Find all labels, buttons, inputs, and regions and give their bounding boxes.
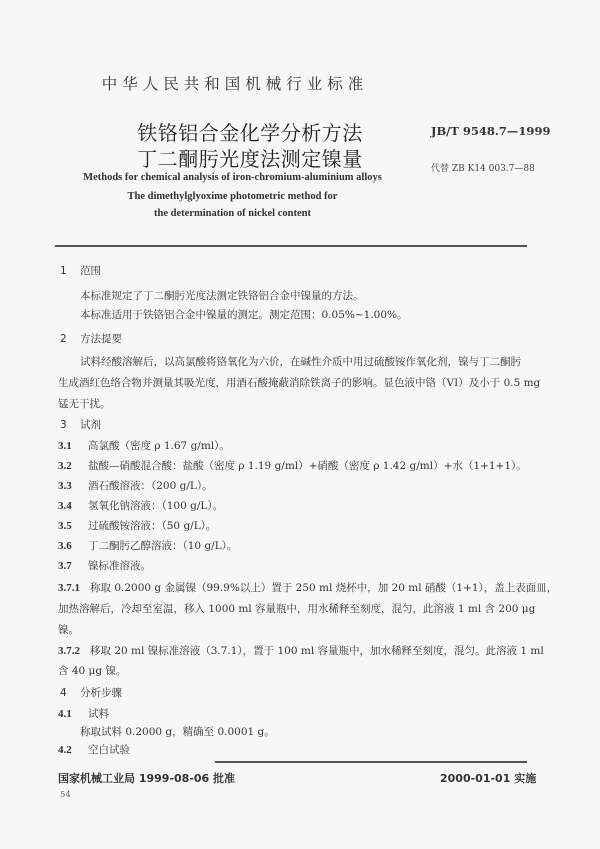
subsection-4-2-heading: 4.2空白试验 (58, 742, 130, 757)
section-1-heading: 1范围 (60, 263, 101, 278)
subsection-4-1-text: 称取试料 0.2000 g，精确至 0.0001 g。 (80, 724, 275, 739)
subsection-3-7-2-line1: 3.7.2移取 20 ml 镍标准溶液（3.7.1），置于 100 ml 容量瓶… (58, 643, 544, 658)
reagent-item: 3.6丁二酮肟乙醇溶液：（10 g/L）。 (58, 538, 237, 553)
title-cn-line2: 丁二酮肟光度法测定镍量 (120, 143, 380, 172)
standard-number: JB/T 9548.7—1999 (431, 124, 550, 138)
title-cn-line1: 铁铬铝合金化学分析方法 (120, 117, 380, 146)
title-en-line1: Methods for chemical analysis of iron-ch… (60, 172, 405, 183)
reagent-item: 3.7镍标准溶液。 (58, 558, 151, 573)
reagent-item: 3.3酒石酸溶液：（200 g/L）。 (58, 478, 213, 493)
approval-note: 国家机械工业局 1999-08-06 批准 (58, 770, 235, 786)
subsection-3-7-1-line1: 3.7.1称取 0.2000 g 金属镍（99.9%以上）置于 250 ml 烧… (58, 580, 557, 595)
reagent-item: 3.2盐酸—硝酸混合酸：盐酸（密度 ρ 1.19 g/ml）+硝酸（密度 ρ 1… (58, 458, 527, 473)
title-en-line3: the determination of nickel content (60, 208, 405, 219)
document-page: 中华人民共和国机械行业标准 铁铬铝合金化学分析方法 丁二酮肟光度法测定镍量 JB… (0, 0, 600, 849)
section-1-para1: 本标准规定了丁二酮肟光度法测定铁铬铝合金中镍量的方法。 (80, 288, 364, 303)
section-1-para2: 本标准适用于铁铬铝合金中镍量的测定。测定范围：0.05%~1.00%。 (80, 307, 408, 322)
replaces-standard: 代替 ZB K14 003.7—88 (431, 161, 535, 174)
implementation-date: 2000-01-01 实施 (440, 770, 536, 786)
footer-divider (215, 761, 527, 763)
subsection-3-7-1-line3: 镍。 (58, 622, 79, 637)
title-en-line2: The dimethylglyoxime photometric method … (60, 191, 405, 202)
section-3-heading: 3试剂 (60, 417, 101, 432)
section-2-line3: 锰无干扰。 (58, 396, 111, 411)
subsection-3-7-2-line2: 含 40 μg 镍。 (58, 663, 126, 678)
subsection-3-7-1-line2: 加热溶解后，冷却至室温，移入 1000 ml 容量瓶中，用水稀释至刻度，混匀，此… (58, 601, 535, 616)
reagent-item: 3.5过硫酸铵溶液：（50 g/L）。 (58, 518, 216, 533)
section-2-line1: 试料经酸溶解后，以高氯酸将铬氧化为六价，在碱性介质中用过硫酸铵作氧化剂，镍与丁二… (80, 354, 521, 369)
section-4-heading: 4分析步骤 (60, 685, 122, 700)
header-divider (55, 245, 527, 247)
reagent-item: 3.4氢氧化钠溶液：（100 g/L）。 (58, 498, 223, 513)
page-number: 54 (60, 790, 71, 800)
section-2-heading: 2方法提要 (60, 331, 122, 346)
organization-heading: 中华人民共和国机械行业标准 (0, 72, 470, 94)
section-2-line2: 生成酒红色络合物并测量其吸光度，用酒石酸掩蔽消除铁离子的影响。显色液中铬（VI）… (58, 375, 540, 390)
reagent-item: 3.1高氯酸（密度 ρ 1.67 g/ml）。 (58, 438, 230, 453)
subsection-4-1-heading: 4.1试料 (58, 706, 109, 721)
